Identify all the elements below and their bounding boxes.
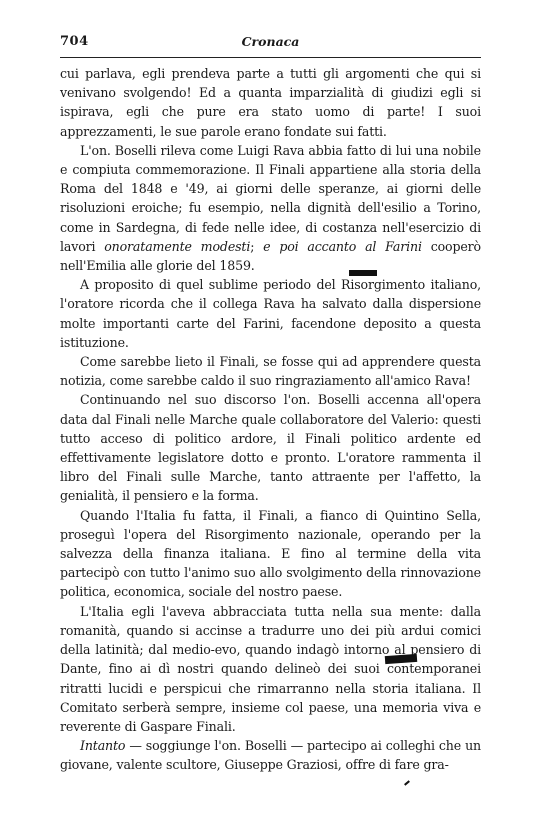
body-text: cui parlava, egli prendeva parte a tutti… [60, 64, 481, 775]
header-rule [60, 57, 481, 58]
paragraph: A proposito di quel sublime periodo del … [60, 275, 481, 352]
scan-artifact [404, 780, 410, 785]
running-title: Cronaca [60, 34, 481, 49]
paragraph: Continuando nel suo discorso l'on. Bosel… [60, 390, 481, 505]
text-span: L'on. Boselli rileva come Luigi Rava abb… [60, 143, 481, 254]
paragraph: cui parlava, egli prendeva parte a tutti… [60, 64, 481, 141]
paragraph: Come sarebbe lieto il Finali, se fosse q… [60, 352, 481, 390]
paragraph: Quando l'Italia fu fatta, il Finali, a f… [60, 506, 481, 602]
paragraph: L'on. Boselli rileva come Luigi Rava abb… [60, 141, 481, 275]
italic-span: e poi accanto al Farini [263, 239, 422, 254]
book-page: 704 Cronaca cui parlava, egli prendeva p… [60, 34, 481, 775]
text-span: ; [250, 239, 263, 254]
paragraph: Intanto — soggiunge l'on. Boselli — part… [60, 736, 481, 774]
italic-span: onoratamente modesti [104, 239, 250, 254]
paragraph: L'Italia egli l'aveva abbracciata tutta … [60, 602, 481, 736]
running-head: 704 Cronaca [60, 34, 481, 54]
italic-span: Intanto [80, 738, 125, 753]
scan-artifact [349, 270, 377, 276]
